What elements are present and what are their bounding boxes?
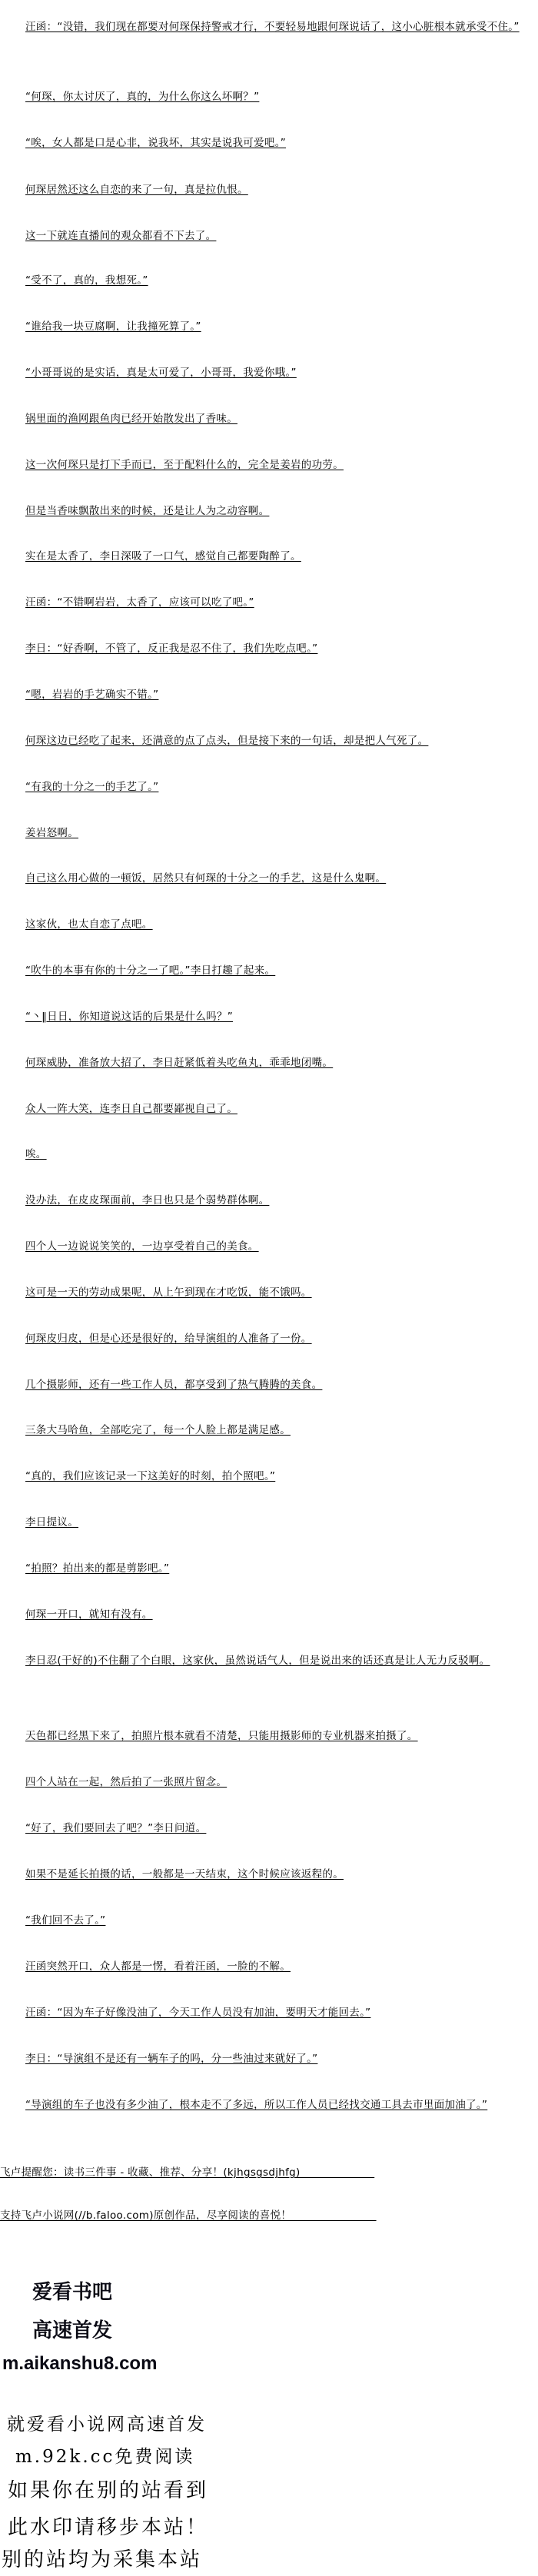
paragraph-text: 何琛威胁，准备放大招了，李日赶紧低着头吃鱼丸，乖乖地闭嘴。 (25, 1057, 333, 1069)
watermark-serif-line: 如果你在别的站看到 (8, 2475, 208, 2503)
paragraph-text: 四个人站在一起，然后拍了一张照片留念。 (25, 1776, 227, 1788)
paragraph-text: 汪函突然开口，众人都是一愣，看着汪函，一脸的不解。 (25, 1960, 291, 1973)
paragraph: 几个摄影师，还有一些工作人员，都享受到了热气腾腾的美食。 (0, 1376, 530, 1393)
paragraph-text: “何琛，你太讨厌了，真的，为什么你这么坏啊？” (25, 91, 259, 103)
paragraph: 如果不是延长拍摄的话，一般都是一天结束，这个时候应该返程的。 (0, 1866, 530, 1883)
paragraph-text: “导演组的车子也没有多少油了，根本走不了多远，所以工作人员已经找交通工具去市里面… (25, 2099, 487, 2111)
watermark-bold-line: 爱看书吧 (32, 2276, 112, 2305)
paragraph-text: 李日忍(干好的)不住翻了个白眼，这家伙，虽然说话气人，但是说出来的话还真是让人无… (25, 1655, 490, 1667)
watermark-bold-line: 高速首发 (32, 2315, 112, 2343)
watermark-serif-line: 就爱看小说网高速首发 (7, 2410, 207, 2435)
paragraph-text: 没办法，在皮皮琛面前，李日也只是个弱势群体啊。 (25, 1194, 269, 1207)
paragraph: 自己这么用心做的一顿饭，居然只有何琛的十分之一的手艺，这是什么鬼啊。 (0, 870, 530, 887)
paragraph: 汪函：“因为车子好像没油了，今天工作人员没有加油，要明天才能回去。” (0, 2004, 530, 2021)
paragraph-text: “我们回不去了。” (25, 1914, 105, 1927)
paragraph: 锅里面的渔网跟鱼肉已经开始散发出了香味。 (0, 410, 530, 427)
paragraph: 这一下就连直播间的观众都看不下去了。 (0, 227, 530, 244)
paragraph-text: 自己这么用心做的一顿饭，居然只有何琛的十分之一的手艺，这是什么鬼啊。 (25, 872, 386, 885)
paragraph-text: “小哥哥说的是实话，真是太可爱了，小哥哥，我爱你哦。” (25, 367, 297, 379)
paragraph-text: 何琛皮归皮，但是心还是很好的，给导演组的人准备了一份。 (25, 1333, 312, 1345)
paragraph: “嗯，岩岩的手艺确实不错。” (0, 686, 530, 703)
paragraph: 汪函突然开口，众人都是一愣，看着汪函，一脸的不解。 (0, 1958, 530, 1975)
paragraph-text: “好了，我们要回去了吧？”李日问道。 (25, 1822, 206, 1834)
paragraph: 何琛一开口，就知有没有。 (0, 1606, 530, 1623)
paragraph-text: “拍照？拍出来的都是剪影吧。” (25, 1562, 169, 1575)
paragraph: “小哥哥说的是实话，真是太可爱了，小哥哥，我爱你哦。” (0, 364, 530, 381)
paragraph-text: “吹牛的本事有你的十分之一了吧。”李日打趣了起来。 (25, 964, 275, 977)
paragraph-text: 三条大马哈鱼，全部吃完了，每一个人脸上都是满足感。 (25, 1424, 291, 1436)
paragraph-text: “谁给我一块豆腐啊，让我撞死算了。” (25, 320, 201, 333)
paragraph-text: “有我的十分之一的手艺了。” (25, 781, 158, 793)
paragraph: 四个人一边说说笑笑的，一边享受着自己的美食。 (0, 1238, 530, 1255)
paragraph: 众人一阵大笑，连李日自己都要鄙视自己了。 (0, 1100, 530, 1117)
paragraph: 汪函：“不错啊岩岩，太香了，应该可以吃了吧。” (0, 594, 530, 611)
paragraph: “拍照？拍出来的都是剪影吧。” (0, 1560, 530, 1577)
paragraph: “好了，我们要回去了吧？”李日问道。 (0, 1820, 530, 1837)
paragraph-text: 天色都已经黑下来了，拍照片根本就看不清楚，只能用摄影师的专业机器来拍摄了。 (25, 1730, 418, 1742)
paragraph: 何琛皮归皮，但是心还是很好的，给导演组的人准备了一份。 (0, 1330, 530, 1347)
paragraph: “导演组的车子也没有多少油了，根本走不了多远，所以工作人员已经找交通工具去市里面… (0, 2096, 530, 2113)
paragraph-text: 飞卢提醒您：读书三件事 - 收藏、推荐、分享！(kjhgsgsdjhfg) (0, 2166, 374, 2179)
paragraph: 李日：“好香啊，不管了，反正我是忍不住了，我们先吃点吧。” (0, 640, 530, 657)
paragraph-text: “嗯，岩岩的手艺确实不错。” (25, 689, 158, 701)
paragraph: 三条大马哈鱼，全部吃完了，每一个人脸上都是满足感。 (0, 1422, 530, 1439)
paragraph-text: 姜岩怒啊。 (25, 827, 78, 839)
paragraph-text: 实在是太香了，李日深吸了一口气，感觉自己都要陶醉了。 (25, 550, 301, 563)
paragraph: 李日提议。 (0, 1514, 530, 1531)
paragraph: 但是当香味飘散出来的时候，还是让人为之动容啊。 (0, 503, 530, 520)
paragraph-text: 李日：“导演组不是还有一辆车子的吗，分一些油过来就好了。” (25, 2053, 317, 2065)
paragraph-text: 这家伙，也太自恋了点吧。 (25, 918, 153, 931)
paragraph: 何琛这边已经吃了起来，还满意的点了点头，但是接下来的一句话，却是把人气死了。 (0, 732, 530, 749)
paragraph: 没办法，在皮皮琛面前，李日也只是个弱势群体啊。 (0, 1192, 530, 1209)
paragraph-text: 这一次何琛只是打下手而已，至于配料什么的，完全是姜岩的功劳。 (25, 459, 344, 471)
paragraph: “丶‖日日，你知道说这话的后果是什么吗？” (0, 1008, 530, 1025)
paragraph-text: 这可是一天的劳动成果呢，从上午到现在才吃饭，能不饿吗。 (25, 1286, 312, 1299)
paragraph-text: 但是当香味飘散出来的时候，还是让人为之动容啊。 (25, 505, 269, 517)
paragraph: 这一次何琛只是打下手而已，至于配料什么的，完全是姜岩的功劳。 (0, 456, 530, 473)
paragraph: “唉，女人都是口是心非，说我坏，其实是说我可爱吧。” (0, 134, 530, 151)
paragraph: 支持飞卢小说网(//b.faloo.com)原创作品，尽享阅读的喜悦！ (0, 2207, 530, 2224)
paragraph: “何琛，你太讨厌了，真的，为什么你这么坏啊？” (0, 88, 530, 105)
paragraph-text: 李日提议。 (25, 1516, 78, 1529)
paragraph-text: 众人一阵大笑，连李日自己都要鄙视自己了。 (25, 1103, 237, 1115)
paragraph-text: “唉，女人都是口是心非，说我坏，其实是说我可爱吧。” (25, 137, 286, 149)
paragraph: “谁给我一块豆腐啊，让我撞死算了。” (0, 318, 530, 335)
paragraph: 唉。 (0, 1146, 530, 1163)
paragraph-text: 汪函：“不错啊岩岩，太香了，应该可以吃了吧。” (25, 596, 254, 609)
paragraph-text: “真的，我们应该记录一下这美好的时刻，拍个照吧。” (25, 1470, 275, 1482)
paragraph: “受不了，真的，我想死。” (0, 272, 530, 289)
paragraph-text: 这一下就连直播间的观众都看不下去了。 (25, 230, 216, 242)
paragraph-text: 锅里面的渔网跟鱼肉已经开始散发出了香味。 (25, 413, 237, 425)
watermark-serif-line: 别的站均为采集本站 (2, 2544, 202, 2572)
paragraph: 四个人站在一起，然后拍了一张照片留念。 (0, 1774, 530, 1791)
paragraph: 实在是太香了，李日深吸了一口气，感觉自己都要陶醉了。 (0, 548, 530, 565)
paragraph-text: 支持飞卢小说网(//b.faloo.com)原创作品，尽享阅读的喜悦！ (0, 2209, 377, 2222)
paragraph: 何琛威胁，准备放大招了，李日赶紧低着头吃鱼丸，乖乖地闭嘴。 (0, 1054, 530, 1071)
watermark-bold-line: m.aikanshu8.com (2, 2353, 157, 2375)
paragraph-text: 何琛这边已经吃了起来，还满意的点了点头，但是接下来的一句话，却是把人气死了。 (25, 735, 428, 747)
paragraph-text: “受不了，真的，我想死。” (25, 274, 148, 287)
paragraph: 天色都已经黑下来了，拍照片根本就看不清楚，只能用摄影师的专业机器来拍摄了。 (0, 1728, 530, 1744)
paragraph-text: 何琛居然还这么自恋的来了一句，真是拉仇恨。 (25, 184, 248, 196)
paragraph: “有我的十分之一的手艺了。” (0, 778, 530, 795)
paragraph-text: “丶‖日日，你知道说这话的后果是什么吗？” (25, 1011, 233, 1023)
paragraph: “吹牛的本事有你的十分之一了吧。”李日打趣了起来。 (0, 962, 530, 979)
watermark-serif-line: m.92k.cc免费阅读 (15, 2442, 194, 2468)
watermark-serif-line: 此水印请移步本站！ (8, 2511, 208, 2540)
paragraph: 这可是一天的劳动成果呢，从上午到现在才吃饭，能不饿吗。 (0, 1284, 530, 1301)
paragraph-text: 李日：“好香啊，不管了，反正我是忍不住了，我们先吃点吧。” (25, 642, 317, 655)
paragraph: “我们回不去了。” (0, 1912, 530, 1929)
paragraph: 何琛居然还这么自恋的来了一句，真是拉仇恨。 (0, 181, 530, 198)
paragraph: 李日忍(干好的)不住翻了个白眼，这家伙，虽然说话气人，但是说出来的话还真是让人无… (0, 1652, 530, 1669)
paragraph: 汪函：“没错，我们现在都要对何琛保持警戒才行，不要轻易地跟何琛说话了，这小心脏根… (0, 18, 530, 35)
paragraph: “真的，我们应该记录一下这美好的时刻，拍个照吧。” (0, 1468, 530, 1485)
paragraph-text: 几个摄影师，还有一些工作人员，都享受到了热气腾腾的美食。 (25, 1379, 322, 1391)
paragraph: 李日：“导演组不是还有一辆车子的吗，分一些油过来就好了。” (0, 2050, 530, 2067)
paragraph: 这家伙，也太自恋了点吧。 (0, 916, 530, 933)
paragraph-text: 汪函：“没错，我们现在都要对何琛保持警戒才行，不要轻易地跟何琛说话了，这小心脏根… (25, 21, 520, 33)
paragraph: 飞卢提醒您：读书三件事 - 收藏、推荐、分享！(kjhgsgsdjhfg) (0, 2164, 530, 2181)
paragraph-text: 何琛一开口，就知有没有。 (25, 1608, 153, 1621)
paragraph-text: 唉。 (25, 1148, 47, 1160)
paragraph-text: 汪函：“因为车子好像没油了，今天工作人员没有加油，要明天才能回去。” (25, 2007, 370, 2019)
paragraph: 姜岩怒啊。 (0, 825, 530, 842)
paragraph-text: 四个人一边说说笑笑的，一边享受着自己的美食。 (25, 1240, 259, 1253)
paragraph-text: 如果不是延长拍摄的话，一般都是一天结束，这个时候应该返程的。 (25, 1868, 344, 1881)
